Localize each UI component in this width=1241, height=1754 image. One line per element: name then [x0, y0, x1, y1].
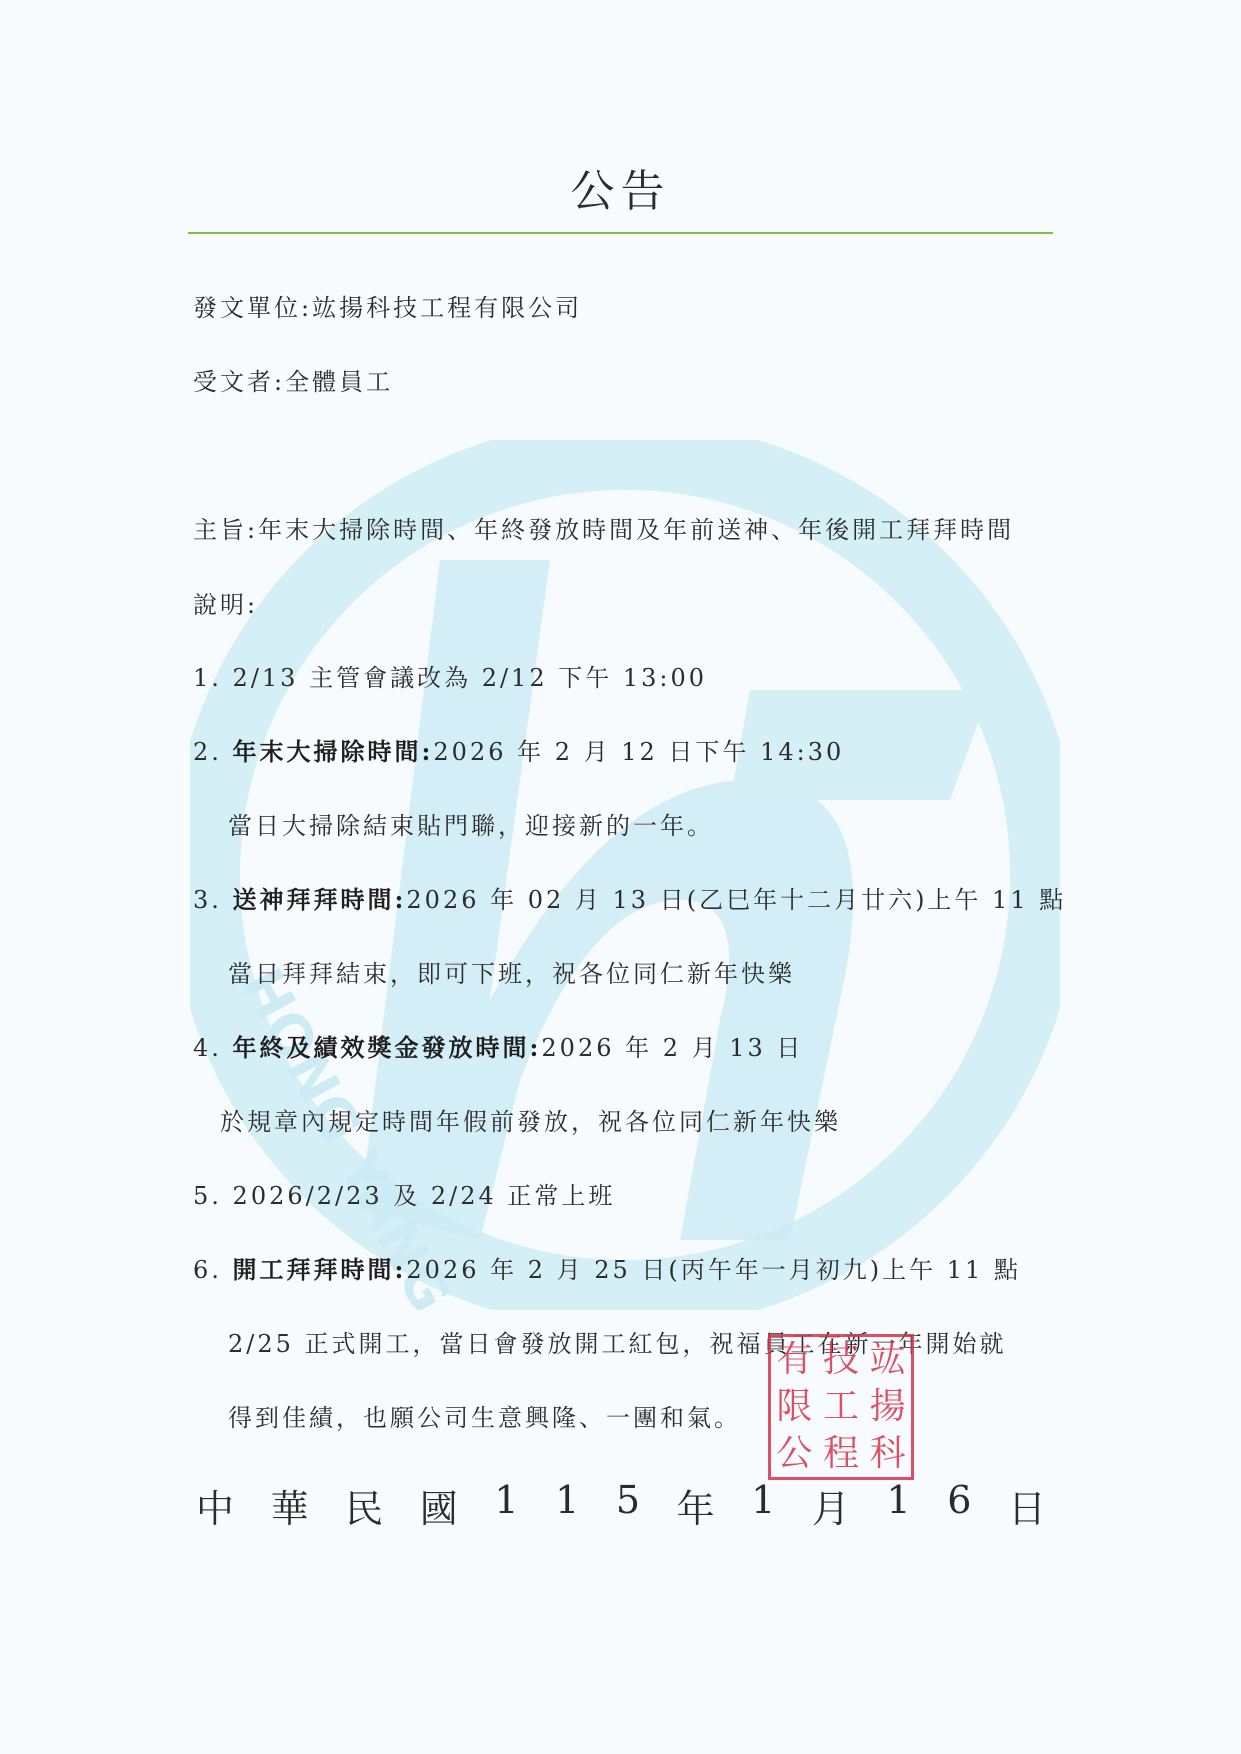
item-3-note: 當日拜拜結束，即可下班，祝各位同仁新年快樂: [228, 954, 795, 989]
item-4: 4. 年終及績效獎金發放時間:2026 年 2 月 13 日: [193, 1028, 803, 1063]
issuer-name: 竑揚科技工程有限公司: [312, 294, 582, 322]
item-6: 6. 開工拜拜時間:2026 年 2 月 25 日(丙午年一月初九)上午 11 …: [193, 1250, 1021, 1285]
issue-date: 中華民國115年1月16日: [196, 1478, 1046, 1533]
recipient-line: 受文者:全體員工: [193, 362, 393, 397]
subject-line: 主旨:年末大掃除時間、年終發放時間及年前送神、年後開工拜拜時間: [193, 510, 1014, 545]
item-3: 3. 送神拜拜時間:2026 年 02 月 13 日(乙巳年十二月廿六)上午 1…: [193, 880, 1066, 915]
title-divider: [188, 232, 1053, 234]
company-seal: 有技竑 限工揚 公程科: [768, 1334, 914, 1480]
item-1: 1. 2/13 主管會議改為 2/12 下午 13:00: [193, 658, 707, 693]
explanation-label: 說明:: [193, 585, 258, 620]
recipient: 全體員工: [285, 368, 393, 396]
document-title: 公告: [0, 155, 1241, 219]
item-2-note: 當日大掃除結束貼門聯，迎接新的一年。: [228, 806, 714, 841]
item-5: 5. 2026/2/23 及 2/24 正常上班: [193, 1176, 615, 1211]
subject: 年末大掃除時間、年終發放時間及年前送神、年後開工拜拜時間: [258, 516, 1014, 544]
issuer-line: 發文單位:竑揚科技工程有限公司: [193, 288, 582, 323]
item-4-note: 於規章內規定時間年假前發放，祝各位同仁新年快樂: [220, 1102, 841, 1137]
item-6-note-2: 得到佳績，也願公司生意興隆、一團和氣。: [228, 1398, 741, 1433]
item-2: 2. 年末大掃除時間:2026 年 2 月 12 日下午 14:30: [193, 732, 844, 767]
